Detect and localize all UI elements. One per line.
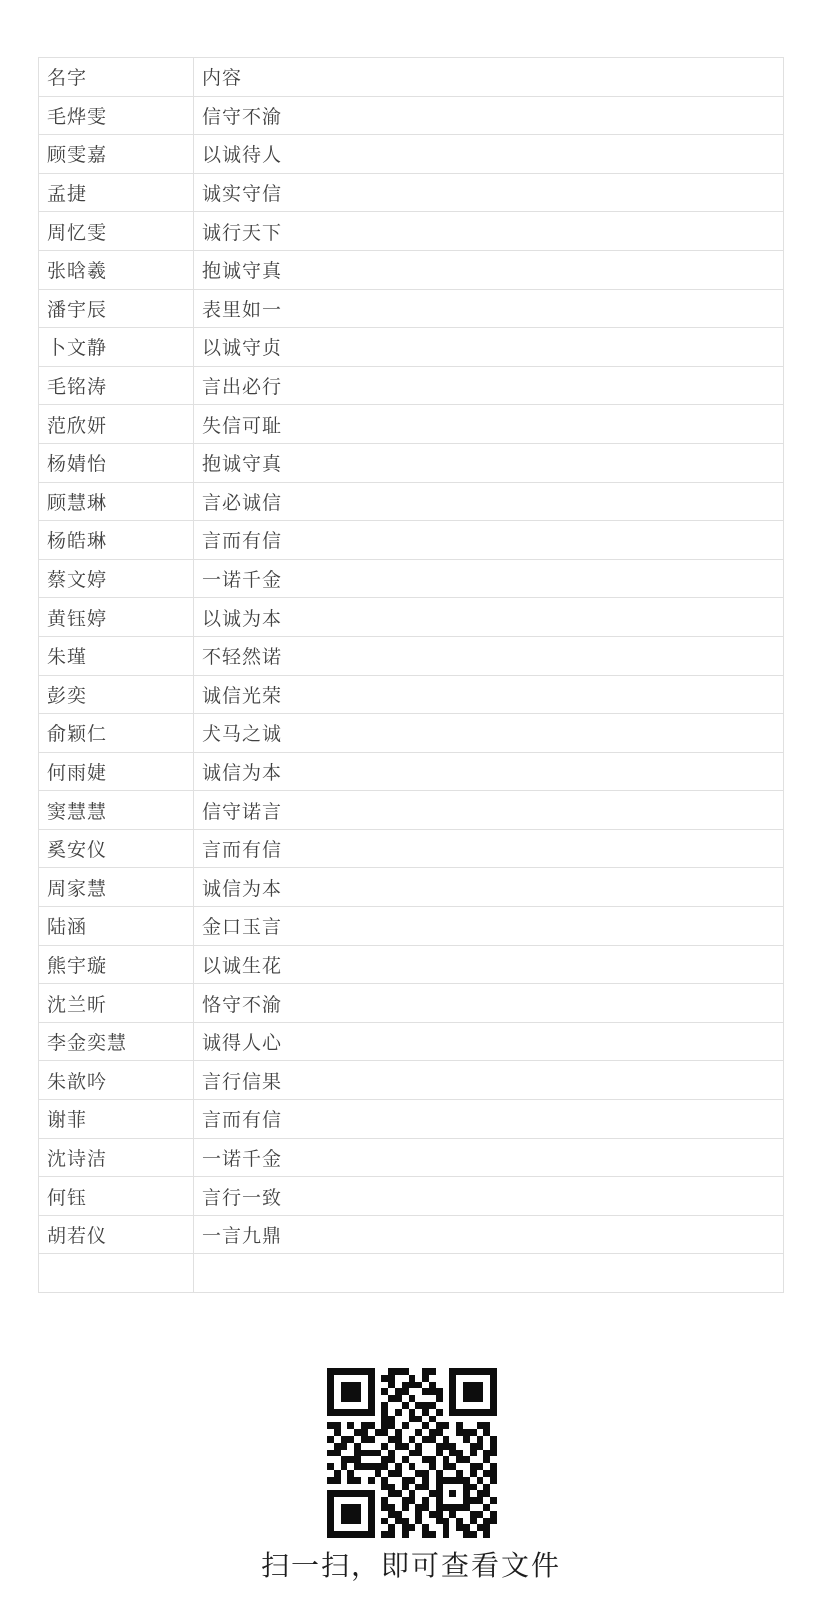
- name-cell: 蔡文婷: [39, 559, 194, 598]
- qr-module: [483, 1524, 490, 1531]
- qr-module: [381, 1436, 388, 1443]
- qr-module: [334, 1477, 341, 1484]
- qr-module: [368, 1531, 375, 1538]
- qr-module: [443, 1470, 450, 1477]
- qr-module: [354, 1450, 361, 1457]
- table-row: [39, 1254, 784, 1293]
- qr-module: [402, 1484, 409, 1491]
- name-cell: 杨皓琳: [39, 521, 194, 560]
- qr-module: [429, 1504, 436, 1511]
- qr-module: [456, 1484, 463, 1491]
- qr-module: [354, 1456, 361, 1463]
- qr-module: [463, 1484, 470, 1491]
- qr-module: [395, 1429, 402, 1436]
- qr-module: [361, 1388, 368, 1395]
- table-row: 孟捷诚实守信: [39, 173, 784, 212]
- qr-module: [395, 1497, 402, 1504]
- qr-module: [395, 1422, 402, 1429]
- qr-module: [422, 1497, 429, 1504]
- qr-module: [327, 1450, 334, 1457]
- qr-module: [354, 1368, 361, 1375]
- qr-module: [477, 1422, 484, 1429]
- qr-module: [470, 1463, 477, 1470]
- qr-module: [395, 1395, 402, 1402]
- qr-module: [395, 1490, 402, 1497]
- qr-module: [347, 1429, 354, 1436]
- qr-module: [354, 1477, 361, 1484]
- qr-module: [415, 1531, 422, 1538]
- qr-module: [368, 1443, 375, 1450]
- qr-module: [456, 1497, 463, 1504]
- qr-module: [361, 1429, 368, 1436]
- qr-module: [368, 1456, 375, 1463]
- qr-module: [477, 1368, 484, 1375]
- qr-module: [483, 1422, 490, 1429]
- qr-module: [415, 1402, 422, 1409]
- qr-module: [449, 1524, 456, 1531]
- qr-module: [449, 1531, 456, 1538]
- qr-module: [422, 1484, 429, 1491]
- qr-module: [334, 1490, 341, 1497]
- qr-module: [334, 1524, 341, 1531]
- qr-module: [456, 1524, 463, 1531]
- qr-module: [395, 1443, 402, 1450]
- content-cell: 一诺千金: [194, 1138, 784, 1177]
- table-row: 顾慧琳言必诚信: [39, 482, 784, 521]
- name-cell: 何钰: [39, 1177, 194, 1216]
- qr-module: [347, 1402, 354, 1409]
- qr-module: [341, 1490, 348, 1497]
- qr-module: [327, 1490, 334, 1497]
- table-row: 朱瑾不轻然诺: [39, 636, 784, 675]
- qr-module: [395, 1416, 402, 1423]
- qr-module: [477, 1402, 484, 1409]
- qr-module: [415, 1477, 422, 1484]
- qr-module: [443, 1490, 450, 1497]
- qr-module: [463, 1382, 470, 1389]
- qr-module: [436, 1477, 443, 1484]
- qr-module: [347, 1450, 354, 1457]
- qr-module: [422, 1456, 429, 1463]
- qr-module: [415, 1504, 422, 1511]
- qr-module: [375, 1456, 382, 1463]
- qr-module: [361, 1450, 368, 1457]
- qr-module: [368, 1402, 375, 1409]
- qr-module: [422, 1477, 429, 1484]
- qr-module: [470, 1484, 477, 1491]
- table-row: 胡若仪一言九鼎: [39, 1215, 784, 1254]
- qr-module: [375, 1436, 382, 1443]
- qr-module: [368, 1463, 375, 1470]
- qr-module: [361, 1443, 368, 1450]
- qr-module: [334, 1470, 341, 1477]
- qr-module: [354, 1388, 361, 1395]
- qr-module: [422, 1368, 429, 1375]
- qr-module: [327, 1416, 334, 1423]
- qr-module: [361, 1518, 368, 1525]
- qr-module: [347, 1477, 354, 1484]
- qr-module: [436, 1422, 443, 1429]
- qr-module: [395, 1456, 402, 1463]
- qr-module: [490, 1422, 497, 1429]
- qr-module: [354, 1443, 361, 1450]
- name-cell: 顾雯嘉: [39, 135, 194, 174]
- qr-module: [490, 1484, 497, 1491]
- content-cell: 抱诚守真: [194, 250, 784, 289]
- qr-module: [334, 1436, 341, 1443]
- qr-module: [422, 1402, 429, 1409]
- qr-module: [402, 1429, 409, 1436]
- qr-module: [456, 1518, 463, 1525]
- qr-module: [477, 1484, 484, 1491]
- qr-module: [415, 1368, 422, 1375]
- qr-module: [395, 1511, 402, 1518]
- name-cell: 俞颖仁: [39, 714, 194, 753]
- qr-module: [327, 1382, 334, 1389]
- qr-module: [327, 1388, 334, 1395]
- qr-module: [361, 1456, 368, 1463]
- qr-module: [341, 1477, 348, 1484]
- qr-module: [463, 1409, 470, 1416]
- qr-module: [395, 1524, 402, 1531]
- qr-module: [347, 1409, 354, 1416]
- qr-module: [395, 1382, 402, 1389]
- qr-module: [354, 1511, 361, 1518]
- qr-module: [375, 1416, 382, 1423]
- qr-module: [334, 1504, 341, 1511]
- qr-module: [429, 1463, 436, 1470]
- qr-module: [375, 1463, 382, 1470]
- qr-module: [463, 1497, 470, 1504]
- name-content-table-wrap: 名字 内容 毛烨雯信守不渝顾雯嘉以诚待人孟捷诚实守信周忆雯诚行天下张晗羲抱诚守真…: [38, 57, 784, 1293]
- qr-module: [463, 1456, 470, 1463]
- qr-module: [449, 1511, 456, 1518]
- qr-module: [402, 1422, 409, 1429]
- qr-module: [375, 1484, 382, 1491]
- qr-module: [490, 1524, 497, 1531]
- qr-module: [341, 1511, 348, 1518]
- name-cell: 杨婧怡: [39, 443, 194, 482]
- qr-module: [490, 1531, 497, 1538]
- qr-module: [347, 1518, 354, 1525]
- qr-module: [341, 1416, 348, 1423]
- qr-module: [409, 1477, 416, 1484]
- qr-module: [470, 1368, 477, 1375]
- qr-module: [449, 1368, 456, 1375]
- qr-module: [490, 1450, 497, 1457]
- qr-module: [409, 1395, 416, 1402]
- qr-module: [347, 1490, 354, 1497]
- qr-module: [347, 1470, 354, 1477]
- qr-module: [483, 1368, 490, 1375]
- content-cell: 恪守不渝: [194, 984, 784, 1023]
- qr-module: [402, 1470, 409, 1477]
- qr-module: [368, 1504, 375, 1511]
- qr-module: [327, 1456, 334, 1463]
- qr-module: [347, 1395, 354, 1402]
- qr-module: [375, 1429, 382, 1436]
- qr-module: [409, 1429, 416, 1436]
- qr-module: [375, 1518, 382, 1525]
- qr-module: [409, 1388, 416, 1395]
- qr-module: [409, 1409, 416, 1416]
- qr-module: [347, 1511, 354, 1518]
- qr-module: [422, 1504, 429, 1511]
- qr-module: [470, 1504, 477, 1511]
- qr-module: [443, 1518, 450, 1525]
- qr-module: [341, 1524, 348, 1531]
- qr-module: [375, 1470, 382, 1477]
- content-cell: 言必诚信: [194, 482, 784, 521]
- qr-module: [388, 1388, 395, 1395]
- qr-module: [354, 1409, 361, 1416]
- qr-module: [422, 1388, 429, 1395]
- qr-module: [415, 1463, 422, 1470]
- qr-module: [470, 1388, 477, 1395]
- qr-module: [449, 1450, 456, 1457]
- qr-module: [449, 1504, 456, 1511]
- name-cell: 沈兰昕: [39, 984, 194, 1023]
- table-header-row: 名字 内容: [39, 58, 784, 97]
- qr-module: [422, 1518, 429, 1525]
- content-cell: 表里如一: [194, 289, 784, 328]
- qr-module: [334, 1429, 341, 1436]
- table-row: 杨婧怡抱诚守真: [39, 443, 784, 482]
- qr-module: [409, 1531, 416, 1538]
- qr-module: [456, 1395, 463, 1402]
- qr-module: [381, 1375, 388, 1382]
- qr-module: [456, 1436, 463, 1443]
- qr-module: [449, 1490, 456, 1497]
- name-cell: 周家慧: [39, 868, 194, 907]
- qr-module: [456, 1531, 463, 1538]
- qr-code: [327, 1368, 497, 1538]
- qr-module: [334, 1511, 341, 1518]
- qr-module: [361, 1484, 368, 1491]
- qr-module: [443, 1395, 450, 1402]
- qr-module: [436, 1429, 443, 1436]
- qr-module: [436, 1450, 443, 1457]
- qr-module: [354, 1395, 361, 1402]
- qr-module: [409, 1497, 416, 1504]
- qr-module: [470, 1436, 477, 1443]
- qr-module: [402, 1531, 409, 1538]
- qr-module: [490, 1463, 497, 1470]
- qr-module: [388, 1490, 395, 1497]
- qr-module: [402, 1477, 409, 1484]
- qr-module: [477, 1409, 484, 1416]
- qr-module: [388, 1375, 395, 1382]
- qr-module: [415, 1443, 422, 1450]
- qr-module: [415, 1375, 422, 1382]
- qr-module: [388, 1518, 395, 1525]
- table-row: 何钰言行一致: [39, 1177, 784, 1216]
- qr-module: [402, 1443, 409, 1450]
- qr-module: [490, 1395, 497, 1402]
- qr-module: [361, 1531, 368, 1538]
- qr-module: [327, 1518, 334, 1525]
- qr-module: [368, 1422, 375, 1429]
- column-header-name: 名字: [39, 58, 194, 97]
- qr-module: [347, 1436, 354, 1443]
- qr-module: [354, 1504, 361, 1511]
- qr-module: [341, 1382, 348, 1389]
- qr-module: [368, 1436, 375, 1443]
- qr-module: [429, 1456, 436, 1463]
- qr-module: [381, 1484, 388, 1491]
- qr-module: [443, 1375, 450, 1382]
- qr-module: [347, 1463, 354, 1470]
- qr-module: [415, 1511, 422, 1518]
- qr-module: [381, 1524, 388, 1531]
- qr-module: [422, 1382, 429, 1389]
- qr-module: [334, 1497, 341, 1504]
- qr-module: [415, 1395, 422, 1402]
- qr-module: [470, 1450, 477, 1457]
- qr-module: [463, 1477, 470, 1484]
- qr-module: [436, 1456, 443, 1463]
- name-cell: 谢菲: [39, 1100, 194, 1139]
- qr-module: [415, 1490, 422, 1497]
- qr-module: [483, 1395, 490, 1402]
- qr-module: [449, 1443, 456, 1450]
- qr-module: [477, 1470, 484, 1477]
- qr-module: [334, 1388, 341, 1395]
- qr-module: [368, 1409, 375, 1416]
- qr-module: [381, 1429, 388, 1436]
- table-row: 陆涵金口玉言: [39, 907, 784, 946]
- qr-module: [381, 1416, 388, 1423]
- table-row: 沈诗洁一诺千金: [39, 1138, 784, 1177]
- qr-module: [402, 1395, 409, 1402]
- qr-module: [381, 1490, 388, 1497]
- table-row: 熊宇璇以诚生花: [39, 945, 784, 984]
- qr-module: [347, 1382, 354, 1389]
- qr-module: [463, 1450, 470, 1457]
- qr-module: [429, 1382, 436, 1389]
- qr-module: [395, 1484, 402, 1491]
- qr-module: [375, 1497, 382, 1504]
- qr-module: [456, 1422, 463, 1429]
- qr-module: [443, 1388, 450, 1395]
- qr-module: [327, 1463, 334, 1470]
- qr-module: [422, 1375, 429, 1382]
- content-cell: 犬马之诚: [194, 714, 784, 753]
- qr-module: [429, 1395, 436, 1402]
- qr-module: [341, 1463, 348, 1470]
- qr-module: [477, 1395, 484, 1402]
- qr-module: [483, 1436, 490, 1443]
- qr-module: [327, 1429, 334, 1436]
- qr-module: [375, 1443, 382, 1450]
- qr-module: [388, 1484, 395, 1491]
- qr-module: [347, 1416, 354, 1423]
- qr-module: [449, 1497, 456, 1504]
- qr-module: [381, 1368, 388, 1375]
- qr-module: [477, 1504, 484, 1511]
- qr-module: [483, 1443, 490, 1450]
- qr-module: [388, 1450, 395, 1457]
- qr-module: [490, 1490, 497, 1497]
- qr-module: [463, 1531, 470, 1538]
- qr-module: [436, 1524, 443, 1531]
- qr-module: [463, 1416, 470, 1423]
- qr-module: [341, 1422, 348, 1429]
- qr-module: [422, 1531, 429, 1538]
- qr-module: [463, 1429, 470, 1436]
- qr-module: [422, 1416, 429, 1423]
- qr-module: [381, 1443, 388, 1450]
- qr-module: [375, 1450, 382, 1457]
- content-cell: 诚信为本: [194, 752, 784, 791]
- qr-module: [429, 1490, 436, 1497]
- qr-module: [354, 1382, 361, 1389]
- qr-module: [436, 1504, 443, 1511]
- qr-caption: 扫一扫，即可查看文件: [0, 1544, 822, 1584]
- qr-module: [368, 1518, 375, 1525]
- qr-module: [402, 1450, 409, 1457]
- qr-module: [429, 1416, 436, 1423]
- qr-module: [368, 1388, 375, 1395]
- qr-module: [409, 1443, 416, 1450]
- qr-module: [327, 1409, 334, 1416]
- qr-module: [341, 1484, 348, 1491]
- content-cell: 诚行天下: [194, 212, 784, 251]
- table-row: 朱歆吟言行信果: [39, 1061, 784, 1100]
- name-cell: 毛铭涛: [39, 366, 194, 405]
- qr-module: [409, 1382, 416, 1389]
- qr-module: [470, 1409, 477, 1416]
- qr-module: [477, 1443, 484, 1450]
- qr-module: [463, 1402, 470, 1409]
- name-content-table: 名字 内容 毛烨雯信守不渝顾雯嘉以诚待人孟捷诚实守信周忆雯诚行天下张晗羲抱诚守真…: [38, 57, 784, 1293]
- qr-module: [470, 1477, 477, 1484]
- qr-module: [388, 1409, 395, 1416]
- qr-module: [341, 1409, 348, 1416]
- qr-module: [375, 1375, 382, 1382]
- qr-module: [402, 1463, 409, 1470]
- qr-module: [456, 1477, 463, 1484]
- name-cell: 熊宇璇: [39, 945, 194, 984]
- qr-module: [490, 1368, 497, 1375]
- content-cell: 抱诚守真: [194, 443, 784, 482]
- qr-module: [436, 1511, 443, 1518]
- qr-module: [470, 1416, 477, 1423]
- name-cell: 范欣妍: [39, 405, 194, 444]
- qr-module: [436, 1443, 443, 1450]
- qr-module: [477, 1416, 484, 1423]
- qr-module: [375, 1409, 382, 1416]
- qr-module: [354, 1375, 361, 1382]
- qr-module: [490, 1497, 497, 1504]
- qr-module: [436, 1497, 443, 1504]
- qr-module: [429, 1524, 436, 1531]
- qr-module: [449, 1409, 456, 1416]
- qr-module: [436, 1388, 443, 1395]
- content-cell: 诚实守信: [194, 173, 784, 212]
- qr-module: [354, 1490, 361, 1497]
- content-cell: 言行一致: [194, 1177, 784, 1216]
- qr-module: [402, 1504, 409, 1511]
- content-cell: 言而有信: [194, 829, 784, 868]
- content-cell: 言行信果: [194, 1061, 784, 1100]
- qr-module: [456, 1504, 463, 1511]
- qr-module: [368, 1470, 375, 1477]
- qr-module: [422, 1443, 429, 1450]
- qr-module: [381, 1456, 388, 1463]
- qr-module: [449, 1477, 456, 1484]
- qr-module: [361, 1497, 368, 1504]
